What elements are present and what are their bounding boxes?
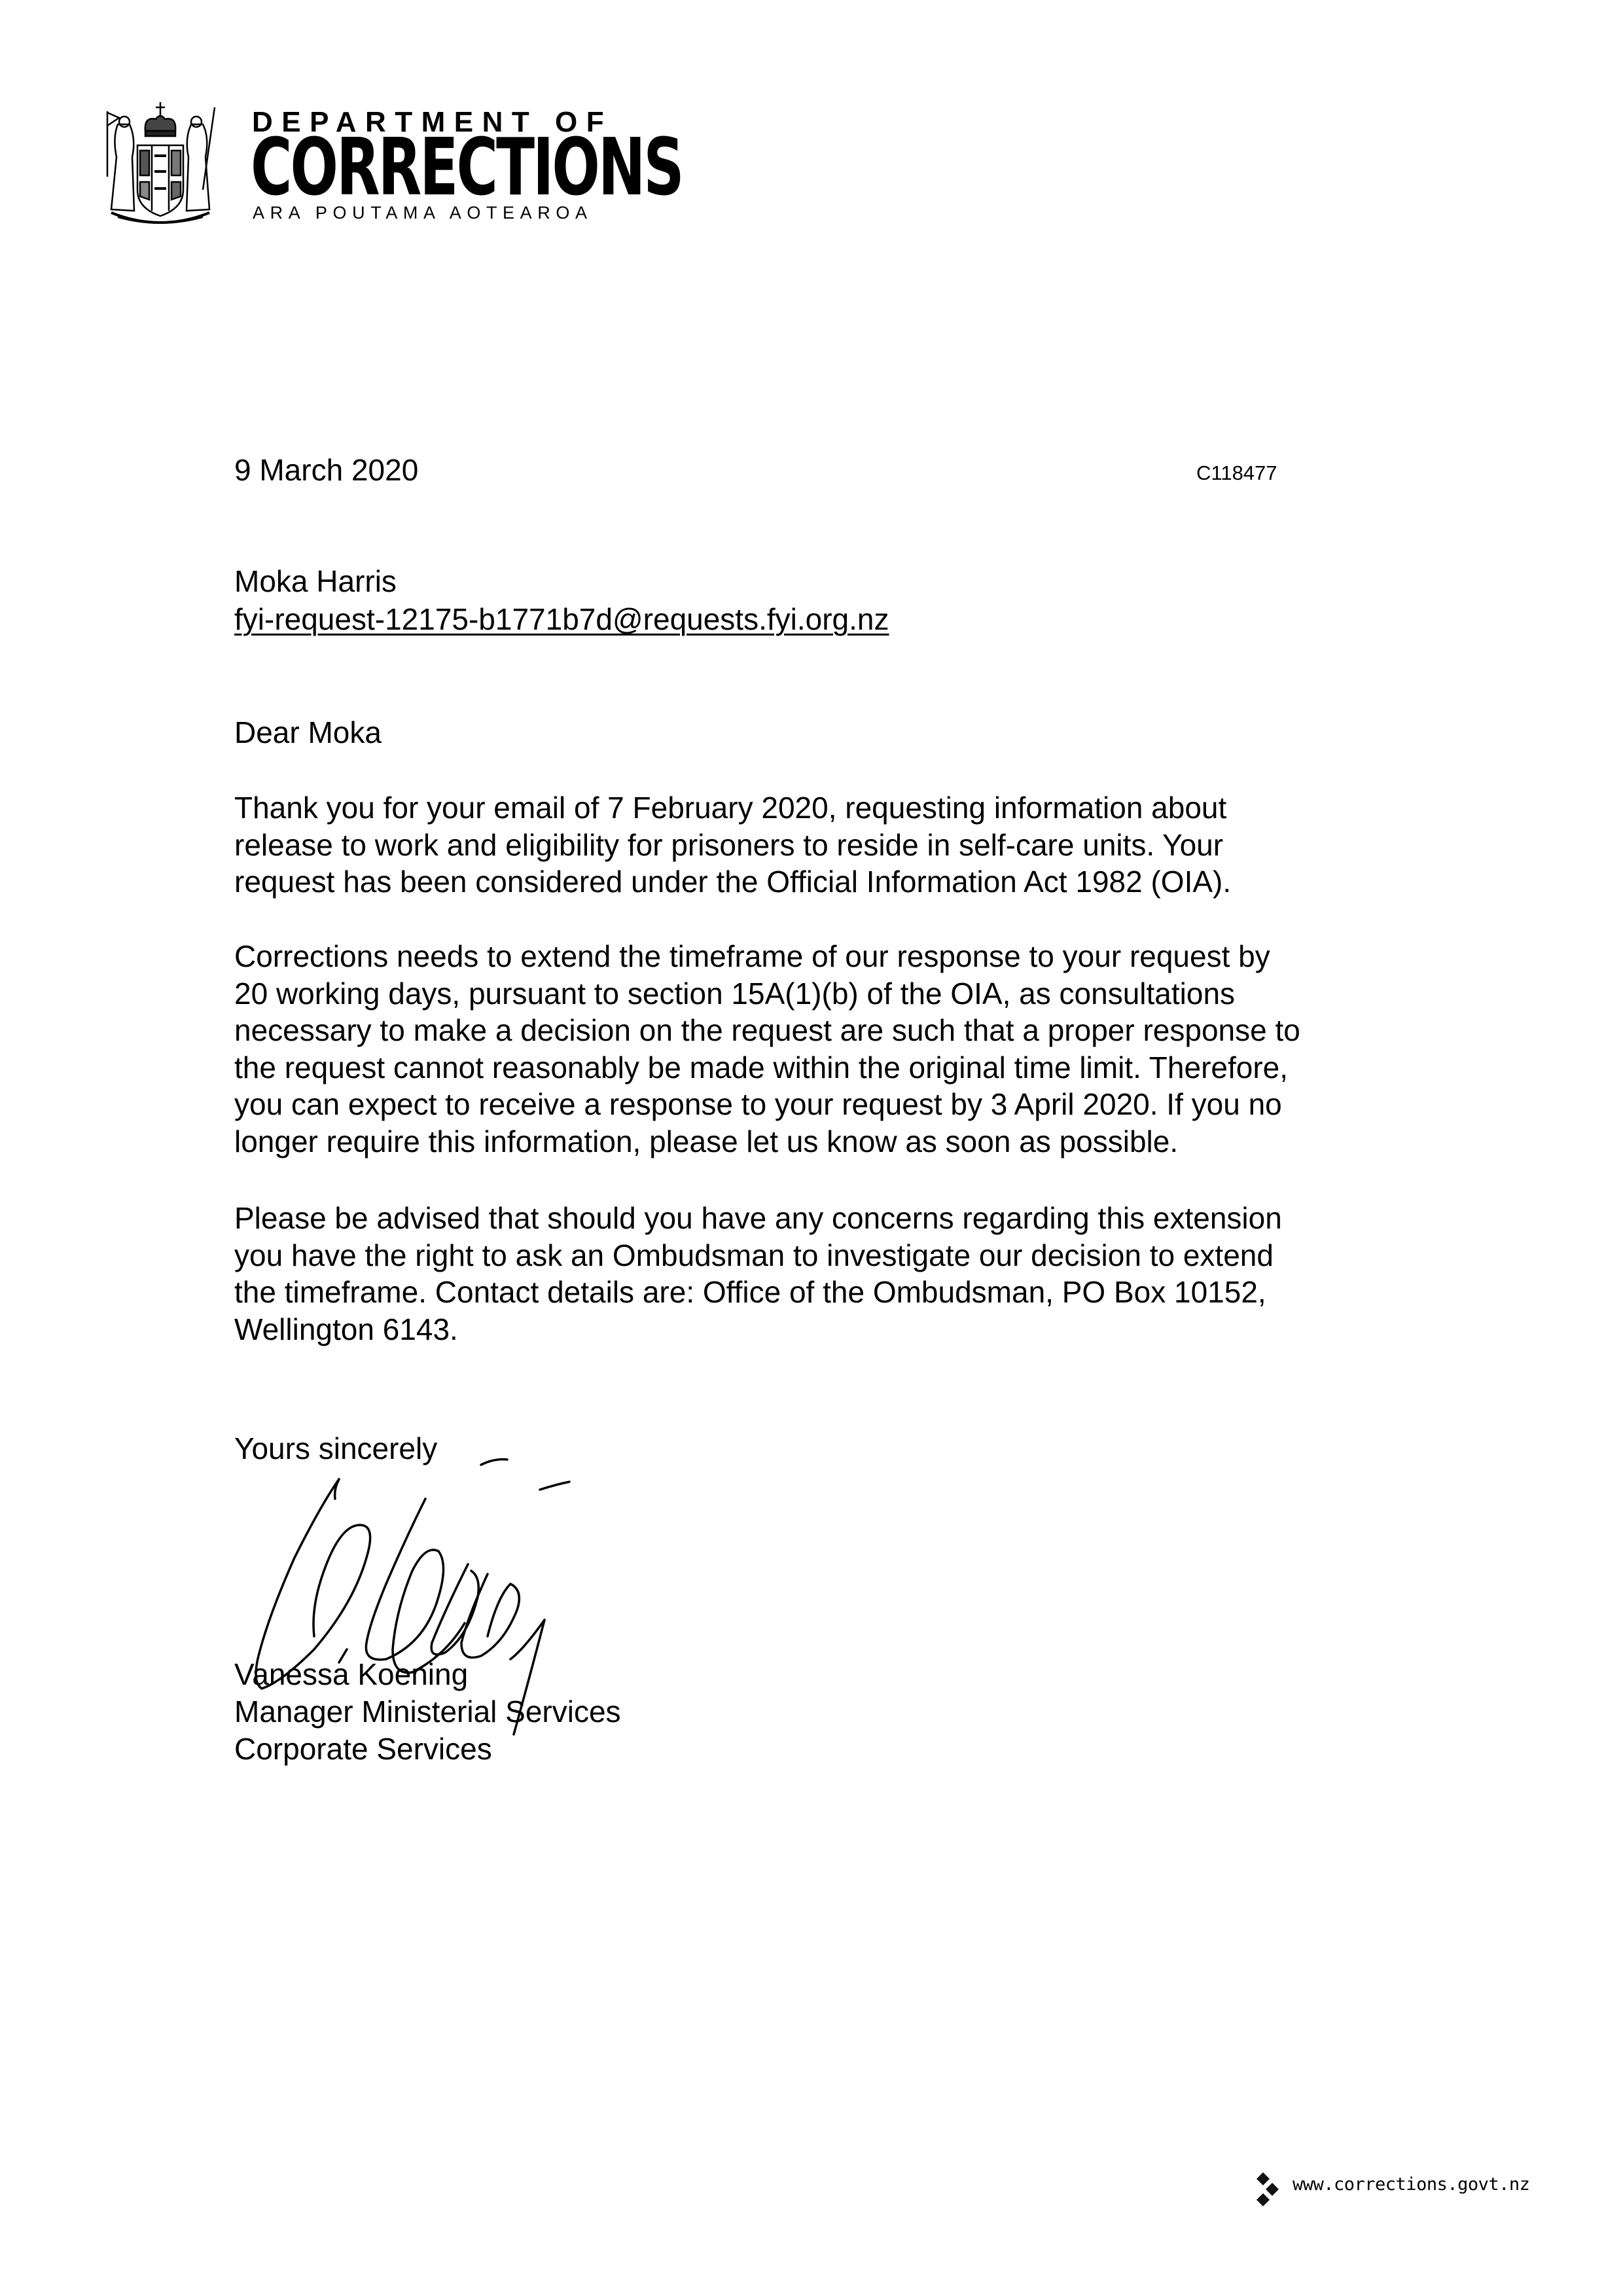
paragraph-line: Wellington 6143. bbox=[234, 1311, 1282, 1348]
corrections-diamond-logo-icon bbox=[1257, 2171, 1280, 2210]
body-paragraph-2: Corrections needs to extend the timefram… bbox=[234, 938, 1300, 1160]
paragraph-line: 20 working days, pursuant to section 15A… bbox=[234, 975, 1300, 1013]
paragraph-line: you have the right to ask an Ombudsman t… bbox=[234, 1237, 1282, 1274]
recipient-email-link[interactable]: fyi-request-12175-b1771b7d@requests.fyi.… bbox=[234, 601, 889, 638]
signatory-name: Vanessa Koening bbox=[234, 1656, 468, 1693]
signatory-department: Corporate Services bbox=[234, 1731, 492, 1768]
body-paragraph-1: Thank you for your email of 7 February 2… bbox=[234, 789, 1231, 901]
footer-website-link[interactable]: www.corrections.govt.nz bbox=[1293, 2174, 1529, 2195]
letter-date: 9 March 2020 bbox=[234, 452, 418, 489]
nz-coat-of-arms-icon bbox=[98, 98, 223, 226]
salutation: Dear Moka bbox=[234, 714, 382, 751]
recipient-name: Moka Harris bbox=[234, 563, 397, 600]
paragraph-line: Corrections needs to extend the timefram… bbox=[234, 938, 1300, 975]
paragraph-line: Thank you for your email of 7 February 2… bbox=[234, 789, 1231, 827]
signatory-title: Manager Ministerial Services bbox=[234, 1693, 621, 1731]
reference-number: C118477 bbox=[1196, 461, 1277, 485]
paragraph-line: longer require this information, please … bbox=[234, 1123, 1300, 1160]
body-paragraph-3: Please be advised that should you have a… bbox=[234, 1200, 1282, 1348]
paragraph-line: request has been considered under the Of… bbox=[234, 863, 1231, 901]
paragraph-line: the request cannot reasonably be made wi… bbox=[234, 1049, 1300, 1086]
paragraph-line: Please be advised that should you have a… bbox=[234, 1200, 1282, 1237]
paragraph-line: the timeframe. Contact details are: Offi… bbox=[234, 1274, 1282, 1311]
closing: Yours sincerely bbox=[234, 1430, 437, 1467]
letterhead-line2: CORRECTIONS bbox=[251, 130, 683, 207]
paragraph-line: release to work and eligibility for pris… bbox=[234, 827, 1231, 864]
letterhead-line3: ARA POUTAMA AOTEAROA bbox=[253, 203, 593, 223]
paragraph-line: necessary to make a decision on the requ… bbox=[234, 1012, 1300, 1049]
paragraph-line: you can expect to receive a response to … bbox=[234, 1086, 1300, 1123]
